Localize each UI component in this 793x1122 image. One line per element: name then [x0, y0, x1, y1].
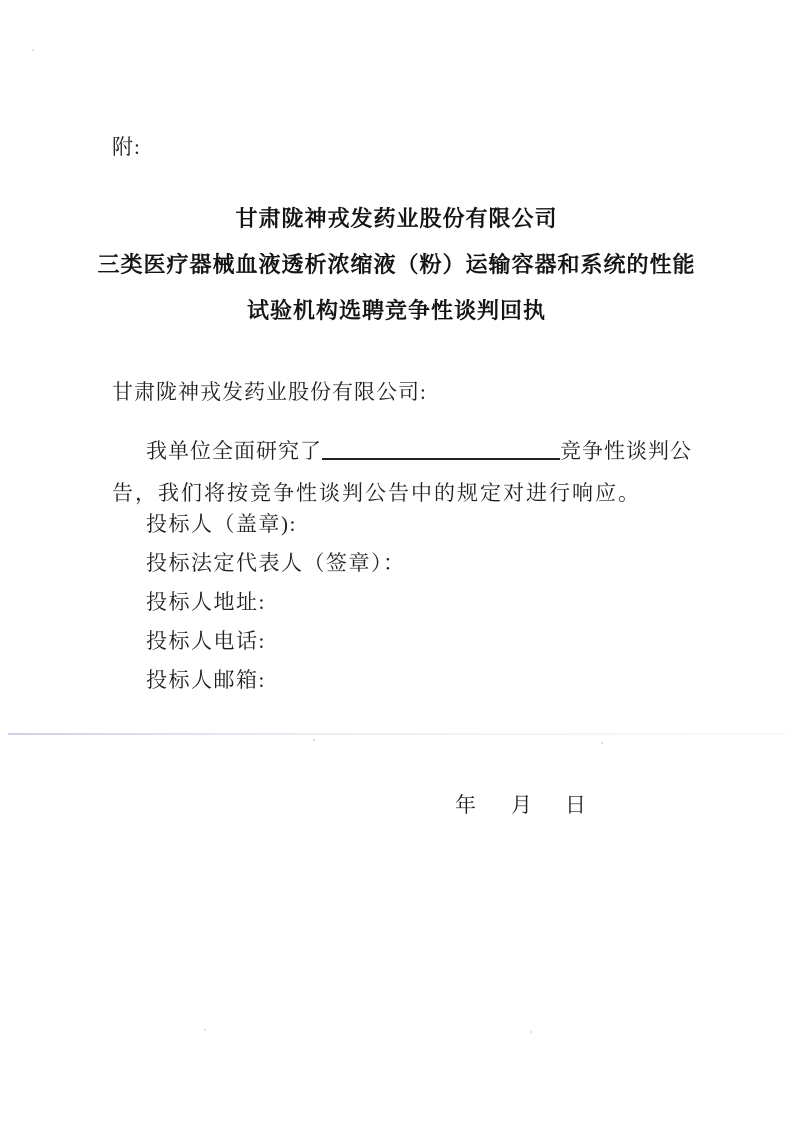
scan-noise-speck [601, 742, 603, 744]
field-bidder-seal: 投标人（盖章): [146, 509, 406, 548]
field-bidder-email: 投标人邮箱: [146, 665, 406, 704]
paragraph-text-before-blank: 我单位全面研究了 [146, 439, 322, 463]
date-line: 年 月 日 [455, 789, 586, 819]
document-title-block: 甘肃陇神戎发药业股份有限公司 三类医疗器械血液透析浓缩液（粉）运输容器和系统的性… [0, 196, 793, 334]
field-bidder-phone: 投标人电话: [146, 626, 406, 665]
title-line-receipt: 试验机构选聘竞争性谈判回执 [0, 288, 793, 334]
field-legal-representative-signature: 投标法定代表人（签章）： [146, 548, 406, 587]
scan-noise-speck [32, 49, 34, 51]
paragraph-text-after-blank: 竞争性谈判公 [560, 439, 692, 463]
scan-noise-speck [313, 739, 315, 741]
date-month-label: 月 [511, 789, 532, 819]
body-paragraph-line1: 我单位全面研究了竞争性谈判公 [112, 435, 692, 465]
body-paragraph-line2: 告，我们将按竞争性谈判公告中的规定对进行响应。 [112, 477, 641, 507]
project-name-blank [322, 436, 560, 460]
attachment-label: 附: [112, 131, 141, 161]
title-line-project: 三类医疗器械血液透析浓缩液（粉）运输容器和系统的性能 [0, 242, 793, 288]
scanned-document-page: 附: 甘肃陇神戎发药业股份有限公司 三类医疗器械血液透析浓缩液（粉）运输容器和系… [0, 0, 793, 1122]
field-bidder-address: 投标人地址: [146, 587, 406, 626]
date-year-label: 年 [455, 789, 476, 819]
salutation-line: 甘肃陇神戎发药业股份有限公司: [112, 376, 427, 406]
title-line-company: 甘肃陇神戎发药业股份有限公司 [0, 196, 793, 242]
scan-artifact-line [8, 733, 786, 735]
date-day-label: 日 [565, 789, 586, 819]
scan-noise-speck [530, 1031, 532, 1033]
scan-noise-speck [204, 1029, 206, 1031]
bidder-fields-block: 投标人（盖章): 投标法定代表人（签章）： 投标人地址: 投标人电话: 投标人邮… [146, 509, 406, 704]
